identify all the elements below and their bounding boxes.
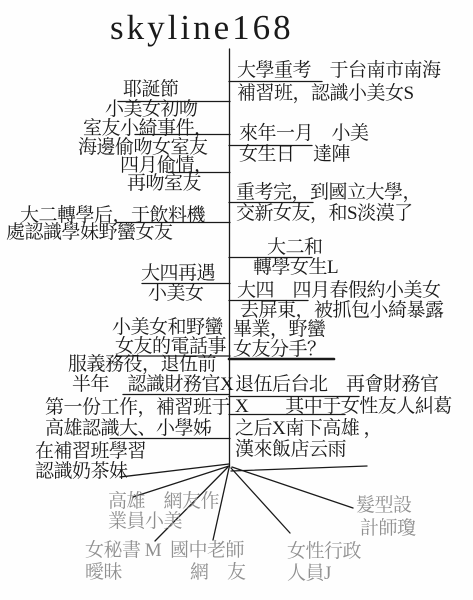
event-transfer-girl-l: 轉學女生L	[253, 258, 338, 278]
branch-line-hairstylist	[232, 467, 353, 508]
event-breakup: 女友分手？	[233, 340, 326, 360]
event-hanlai-hotel: 漢來飯店云雨	[235, 440, 346, 460]
event-retake-exam-line2: 補習班，認識小美女S	[237, 84, 414, 104]
branch-netfriend-xiaomei-line2: 業員小美	[108, 512, 182, 532]
event-entangled: X 其中于女性友人糾葛	[235, 397, 452, 417]
branch-teacher: 國中老師	[170, 541, 244, 561]
event-taipei-finance-officer: 退伍后台北 再會財務官	[235, 375, 439, 395]
event-kaohsiung-schoolmates: 高雄認識大、小學姊	[45, 419, 212, 439]
page-title: skyline168	[110, 8, 294, 48]
event-first-kiss: 小美女初吻	[105, 100, 198, 120]
event-christmas: 耶誕節	[123, 80, 179, 100]
event-new-girlfriend: 交新女友，和S淡漠了	[236, 204, 413, 224]
event-meet-finance-officer: 半年 認識財務官X	[72, 375, 233, 395]
branch-line-milk-tea	[120, 464, 229, 477]
branch-hairstylist-line2: 計師瓊	[360, 519, 416, 539]
event-sophomore: 大二和	[267, 238, 323, 258]
event-military-service: 服義務役，退伍前	[68, 355, 216, 375]
event-meet-wild-girlfriend: 處認識學妹野蠻女友	[6, 223, 173, 243]
label-cram-school: 在補習班學習	[35, 442, 146, 462]
event-national-university: 重考完，到國立大學，	[236, 183, 421, 203]
branch-line-admin	[231, 468, 290, 533]
branch-hairstylist: 髮型設	[356, 496, 412, 516]
branch-secretary-m: 女秘書 M	[85, 541, 161, 561]
event-senior-reunion-line2: 小美女	[148, 284, 204, 304]
tick-right-long	[231, 466, 367, 471]
event-first-job: 第一份工作，補習班于	[45, 398, 230, 418]
event-phone-incident: 小美女和野蠻	[112, 318, 223, 338]
event-next-january: 來年一月 小美	[239, 124, 369, 144]
timeline-diagram: skyline168 耶誕節 小美女初吻 室友小綺事件， 海邊偷吻女室友 四月偷…	[0, 0, 473, 600]
event-pingtung-caught: 去屏東，被抓包小綺暴露	[240, 301, 444, 321]
event-retake-exam: 大學重考 于台南市南海	[237, 61, 441, 81]
branch-secretary-m-line2: 曖昧	[85, 563, 122, 583]
event-spring-break: 大四 四月春假約小美女	[237, 281, 441, 301]
event-senior-reunion: 大四再遇	[141, 264, 215, 284]
branch-admin-j-line2: 人員J	[287, 564, 331, 584]
event-kiss-roommate-again: 再吻室友	[127, 174, 201, 194]
branch-admin-j: 女性行政	[287, 542, 361, 562]
event-south-kaohsiung: 之后X南下高雄 ，	[235, 419, 382, 439]
event-birthday-touchdown: 女生日 達陣	[239, 145, 350, 165]
branch-teacher-line2: 網 友	[190, 563, 246, 583]
branch-netfriend-xiaomei: 高雄 網友作	[108, 492, 219, 512]
event-roommate-incident: 室友小綺事件，	[83, 119, 213, 139]
label-milk-tea-girl: 認識奶茶妹	[35, 462, 128, 482]
event-graduation: 畢業，野蠻	[233, 320, 326, 340]
